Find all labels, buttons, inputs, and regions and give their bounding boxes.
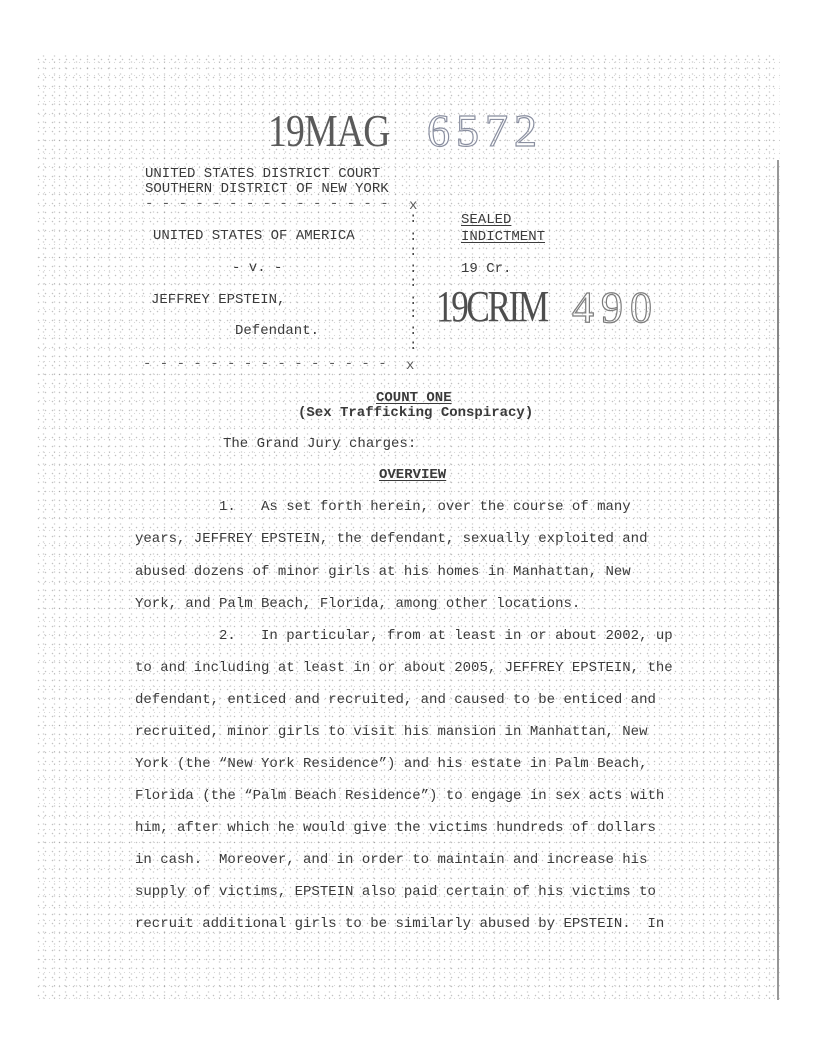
- count-title: COUNT ONE: [376, 390, 452, 406]
- section-heading: OVERVIEW: [379, 467, 446, 483]
- paragraph-2-line: in cash. Moreover, and in order to maint…: [135, 852, 647, 868]
- caption-colon: :: [409, 306, 417, 322]
- versus: - v. -: [232, 260, 282, 276]
- paragraph-2-line: him, after which he would give the victi…: [135, 820, 656, 836]
- page-edge-line: [777, 160, 779, 1000]
- paragraph-2-line: recruited, minor girls to visit his mans…: [135, 724, 647, 740]
- caption-colon: :: [409, 338, 417, 354]
- grand-jury-intro: The Grand Jury charges:: [223, 436, 416, 452]
- caption-colon: :: [409, 275, 417, 291]
- paragraph-2-line: 2. In particular, from at least in or ab…: [135, 628, 673, 644]
- case-number: 19 Cr.: [461, 261, 511, 277]
- paragraph-2-line: to and including at least in or about 20…: [135, 660, 673, 676]
- paragraph-1-line: 1. As set forth herein, over the course …: [135, 499, 631, 515]
- paragraph-2-line: recruit additional girls to be similarly…: [135, 916, 664, 932]
- paragraph-1-line: abused dozens of minor girls at his home…: [135, 564, 631, 580]
- caption-bottom-rule: - - - - - - - - - - - - - - -: [143, 356, 387, 372]
- paragraph-1-line: York, and Palm Beach, Florida, among oth…: [135, 596, 580, 612]
- criminal-stamp-number: 490: [572, 286, 659, 330]
- sealed-label: SEALED: [461, 212, 511, 228]
- caption-bottom-x: x: [406, 358, 414, 374]
- paragraph-2-line: Florida (the “Palm Beach Residence”) to …: [135, 788, 664, 804]
- count-subtitle: (Sex Trafficking Conspiracy): [298, 405, 533, 421]
- caption-colon: :: [409, 323, 417, 339]
- caption-colon: :: [409, 211, 417, 227]
- plaintiff-name: UNITED STATES OF AMERICA: [153, 228, 355, 244]
- paragraph-2-line: York (the “New York Residence”) and his …: [135, 756, 647, 772]
- court-name: UNITED STATES DISTRICT COURT: [145, 166, 380, 182]
- criminal-stamp-prefix: 19CRIM: [436, 285, 547, 329]
- magistrate-stamp-number: 6572: [427, 108, 543, 154]
- paragraph-2-line: defendant, enticed and recruited, and ca…: [135, 692, 656, 708]
- caption-top-rule: - - - - - - - - - - - - - - -: [145, 196, 389, 212]
- caption-colon: :: [409, 244, 417, 260]
- defendant-label: Defendant.: [235, 323, 319, 339]
- caption-colon: :: [409, 229, 417, 245]
- magistrate-stamp-prefix: 19MAG: [268, 108, 390, 154]
- defendant-name: JEFFREY EPSTEIN,: [151, 292, 285, 308]
- court-district: SOUTHERN DISTRICT OF NEW YORK: [145, 181, 389, 197]
- paragraph-1-line: years, JEFFREY EPSTEIN, the defendant, s…: [135, 531, 647, 547]
- paragraph-2-line: supply of victims, EPSTEIN also paid cer…: [135, 884, 656, 900]
- indictment-label: INDICTMENT: [461, 229, 545, 245]
